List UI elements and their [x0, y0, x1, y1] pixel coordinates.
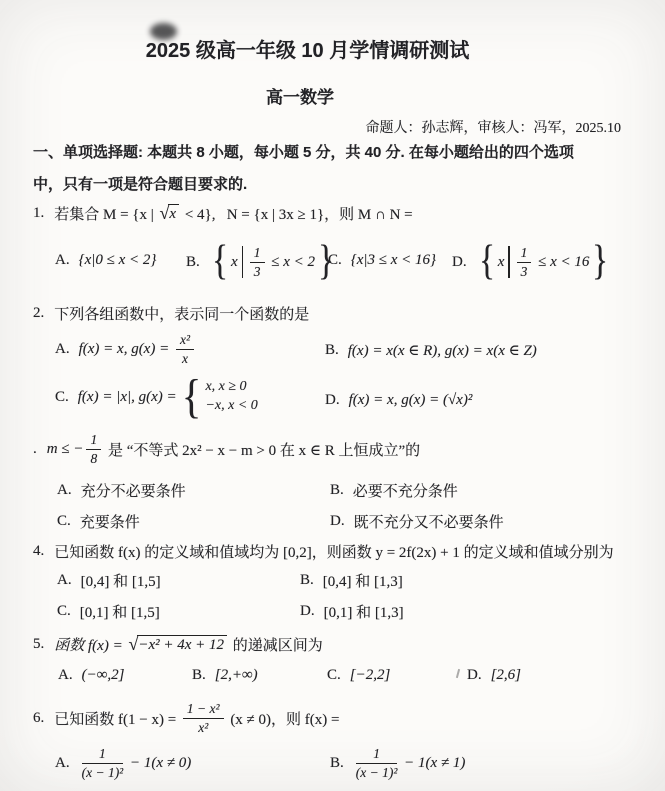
sqrt-expression: √ x	[160, 204, 180, 223]
sqrt-expression: √ −x² + 4x + 12	[128, 635, 227, 654]
option-label: A.	[57, 482, 72, 499]
option-text: [0,4] 和 [1,5]	[81, 570, 161, 591]
option-text: 充要条件	[80, 511, 140, 532]
question-1-stem: 1. 若集合 M = {x | √ x < 4}, N = {x | 3x ≥ …	[33, 203, 413, 224]
q2-option-c: C. f(x) = |x|, g(x) = { x, x ≥ 0 −x, x <…	[55, 372, 258, 422]
q3-option-c: C. 充要条件	[57, 511, 140, 532]
question-number: 1.	[33, 205, 44, 222]
q6-option-a: A. 1 (x − 1)² − 1(x ≠ 0)	[55, 740, 191, 786]
fraction-denominator: (x − 1)²	[356, 764, 398, 781]
option-label: A.	[57, 572, 72, 589]
brace-open: {	[212, 244, 228, 280]
option-label: B.	[325, 342, 339, 359]
option-text: {x|0 ≤ x < 2}	[79, 252, 157, 269]
brace-open: {	[479, 244, 495, 280]
q5-option-d: D. [2,6]	[467, 667, 521, 684]
stem-text: 的递减区间为	[229, 634, 323, 655]
section-instructions-line2: 中，只有一项是符合题目要求的.	[33, 173, 247, 194]
q5-option-c: C. [−2,2]	[327, 667, 390, 684]
radicand: −x² + 4x + 12	[137, 635, 227, 654]
option-text: [0,1] 和 [1,5]	[80, 601, 160, 622]
option-text: [2,6]	[491, 667, 521, 684]
fraction: 1 3	[250, 245, 265, 279]
option-text: (−∞,2]	[82, 667, 125, 684]
q1-option-d: D. { x 1 3 ≤ x < 16 }	[452, 238, 612, 286]
question-number: .	[33, 441, 37, 458]
brace-close: }	[592, 244, 608, 280]
fraction-numerator: 1	[82, 746, 124, 764]
q4-option-d: D. [0,1] 和 [1,3]	[300, 601, 404, 622]
stem-text: 是 “不等式 2x² − x − m > 0 在 x ∈ R 上恒成立”的	[104, 439, 420, 460]
option-label: D.	[325, 392, 340, 409]
fraction-numerator: 1	[356, 746, 398, 764]
fraction-denominator: x	[176, 350, 194, 367]
option-text: [−2,2]	[350, 667, 391, 684]
option-label: A.	[55, 341, 70, 358]
q1-option-c: C. {x|3 ≤ x < 16}	[328, 252, 436, 269]
option-text: 必要不充分条件	[353, 480, 458, 501]
fraction-numerator: 1	[86, 432, 101, 450]
option-label: D.	[330, 513, 345, 530]
q3-option-a: A. 充分不必要条件	[57, 480, 186, 501]
q1-option-a: A. {x|0 ≤ x < 2}	[55, 252, 156, 269]
fraction: 1 3	[517, 245, 532, 279]
question-number: 6.	[33, 710, 44, 727]
piecewise-row: −x, x < 0	[205, 397, 257, 416]
question-2-stem: 2. 下列各组函数中，表示同一个函数的是	[33, 303, 309, 324]
fraction: 1 (x − 1)²	[82, 746, 124, 780]
stem-text: 已知函数 f(x) 的定义域和值域均为 [0,2]，则函数 y = 2f(2x)…	[54, 541, 613, 562]
q2-option-d: D. f(x) = x, g(x) = (√x)²	[325, 392, 472, 409]
option-text: [2,+∞)	[215, 667, 258, 684]
option-text: f(x) = x(x ∈ R), g(x) = x(x ∈ Z)	[348, 341, 537, 360]
byline: 命题人：孙志辉，审核人：冯军，2025.10	[366, 117, 622, 137]
option-text: ≤ x < 2	[268, 254, 316, 271]
stem-text: < 4}, N = {x | 3x ≥ 1}，则 M ∩ N =	[181, 203, 413, 224]
option-label: C.	[57, 513, 71, 530]
option-label: D.	[300, 603, 315, 620]
option-label: D.	[467, 667, 482, 684]
fraction-numerator: 1	[517, 245, 532, 263]
option-label: A.	[55, 755, 70, 772]
question-3-stem: . m ≤ − 1 8 是 “不等式 2x² − x − m > 0 在 x ∈…	[33, 430, 420, 468]
fraction-denominator: 8	[86, 450, 101, 467]
q1-option-b: B. { x 1 3 ≤ x < 2 }	[186, 238, 337, 286]
piecewise-brace: {	[182, 378, 202, 416]
stem-math: 函数 f(x) =	[54, 634, 126, 655]
option-label: A.	[58, 667, 73, 684]
fraction-numerator: 1 − x²	[183, 701, 224, 719]
question-5-stem: 5. 函数 f(x) = √ −x² + 4x + 12 的递减区间为	[33, 630, 323, 658]
fraction-denominator: (x − 1)²	[82, 764, 124, 781]
q5-option-b: B. [2,+∞)	[192, 667, 258, 684]
stray-mark	[456, 669, 460, 678]
option-label: B.	[192, 667, 206, 684]
page-subtitle: 高一数学	[0, 83, 600, 108]
option-text: ≤ x < 16	[534, 254, 589, 271]
q2-option-a: A. f(x) = x, g(x) = x² x	[55, 328, 197, 370]
fraction-denominator: 3	[250, 263, 265, 280]
fraction-numerator: x²	[176, 332, 194, 350]
option-label: C.	[57, 603, 71, 620]
piecewise-row: x, x ≥ 0	[205, 378, 257, 397]
option-label: B.	[330, 755, 344, 772]
question-4-stem: 4. 已知函数 f(x) 的定义域和值域均为 [0,2]，则函数 y = 2f(…	[33, 541, 614, 562]
option-text: 充分不必要条件	[81, 480, 186, 501]
q5-option-a: A. (−∞,2]	[58, 667, 125, 684]
question-6-stem: 6. 已知函数 f(1 − x) = 1 − x² x² (x ≠ 0)，则 f…	[33, 698, 339, 738]
option-label: C.	[328, 252, 342, 269]
set-divider-bar	[508, 246, 509, 278]
q4-option-a: A. [0,4] 和 [1,5]	[57, 570, 161, 591]
q6-option-b: B. 1 (x − 1)² − 1(x ≠ 1)	[330, 740, 465, 786]
q4-option-b: B. [0,4] 和 [1,3]	[300, 570, 403, 591]
fraction: 1 8	[86, 432, 101, 466]
stem-math: m ≤ −	[47, 441, 84, 458]
fraction-numerator: 1	[250, 245, 265, 263]
stem-text: 若集合 M = {x |	[54, 203, 157, 224]
q4-option-c: C. [0,1] 和 [1,5]	[57, 601, 160, 622]
q2-option-b: B. f(x) = x(x ∈ R), g(x) = x(x ∈ Z)	[325, 341, 537, 360]
page-title: 2025 级高一年级 10 月学情调研测试	[0, 34, 615, 63]
option-label: C.	[55, 389, 69, 406]
option-label: D.	[452, 254, 467, 271]
option-label: A.	[55, 252, 70, 269]
fraction: 1 − x² x²	[183, 701, 224, 735]
option-text: [0,4] 和 [1,3]	[323, 570, 403, 591]
option-text: {x|3 ≤ x < 16}	[351, 252, 436, 269]
fraction: 1 (x − 1)²	[356, 746, 398, 780]
question-number: 5.	[33, 636, 44, 653]
option-text: f(x) = x, g(x) = (√x)²	[349, 392, 473, 409]
set-divider-bar	[242, 246, 243, 278]
option-text: − 1(x ≠ 0)	[126, 755, 191, 772]
option-label: B.	[300, 572, 314, 589]
stem-text: (x ≠ 0)，则 f(x) =	[227, 708, 340, 729]
option-label: B.	[330, 482, 344, 499]
set-variable: x	[231, 254, 238, 271]
question-number: 2.	[33, 305, 44, 322]
option-text: − 1(x ≠ 1)	[400, 755, 465, 772]
q3-option-b: B. 必要不充分条件	[330, 480, 458, 501]
exam-paper-page: 2025 级高一年级 10 月学情调研测试 高一数学 命题人：孙志辉，审核人：冯…	[0, 0, 665, 791]
stem-text: 下列各组函数中，表示同一个函数的是	[54, 303, 309, 324]
radicand: x	[168, 204, 179, 223]
option-label: C.	[327, 667, 341, 684]
piecewise-rows: x, x ≥ 0 −x, x < 0	[205, 378, 257, 416]
fraction: x² x	[176, 332, 194, 366]
option-text: f(x) = |x|, g(x) =	[78, 389, 181, 406]
set-variable: x	[498, 254, 505, 271]
section-instructions-line1: 一、单项选择题: 本题共 8 小题，每小题 5 分，共 40 分. 在每小题给出…	[33, 141, 574, 162]
option-text: 既不充分又不必要条件	[354, 511, 504, 532]
option-label: B.	[186, 254, 200, 271]
stem-text: 已知函数 f(1 − x) =	[54, 708, 180, 729]
q3-option-d: D. 既不充分又不必要条件	[330, 511, 504, 532]
fraction-denominator: 3	[517, 263, 532, 280]
question-number: 4.	[33, 543, 44, 560]
option-text: f(x) = x, g(x) =	[79, 341, 173, 358]
option-text: [0,1] 和 [1,3]	[324, 601, 404, 622]
fraction-denominator: x²	[183, 719, 224, 736]
